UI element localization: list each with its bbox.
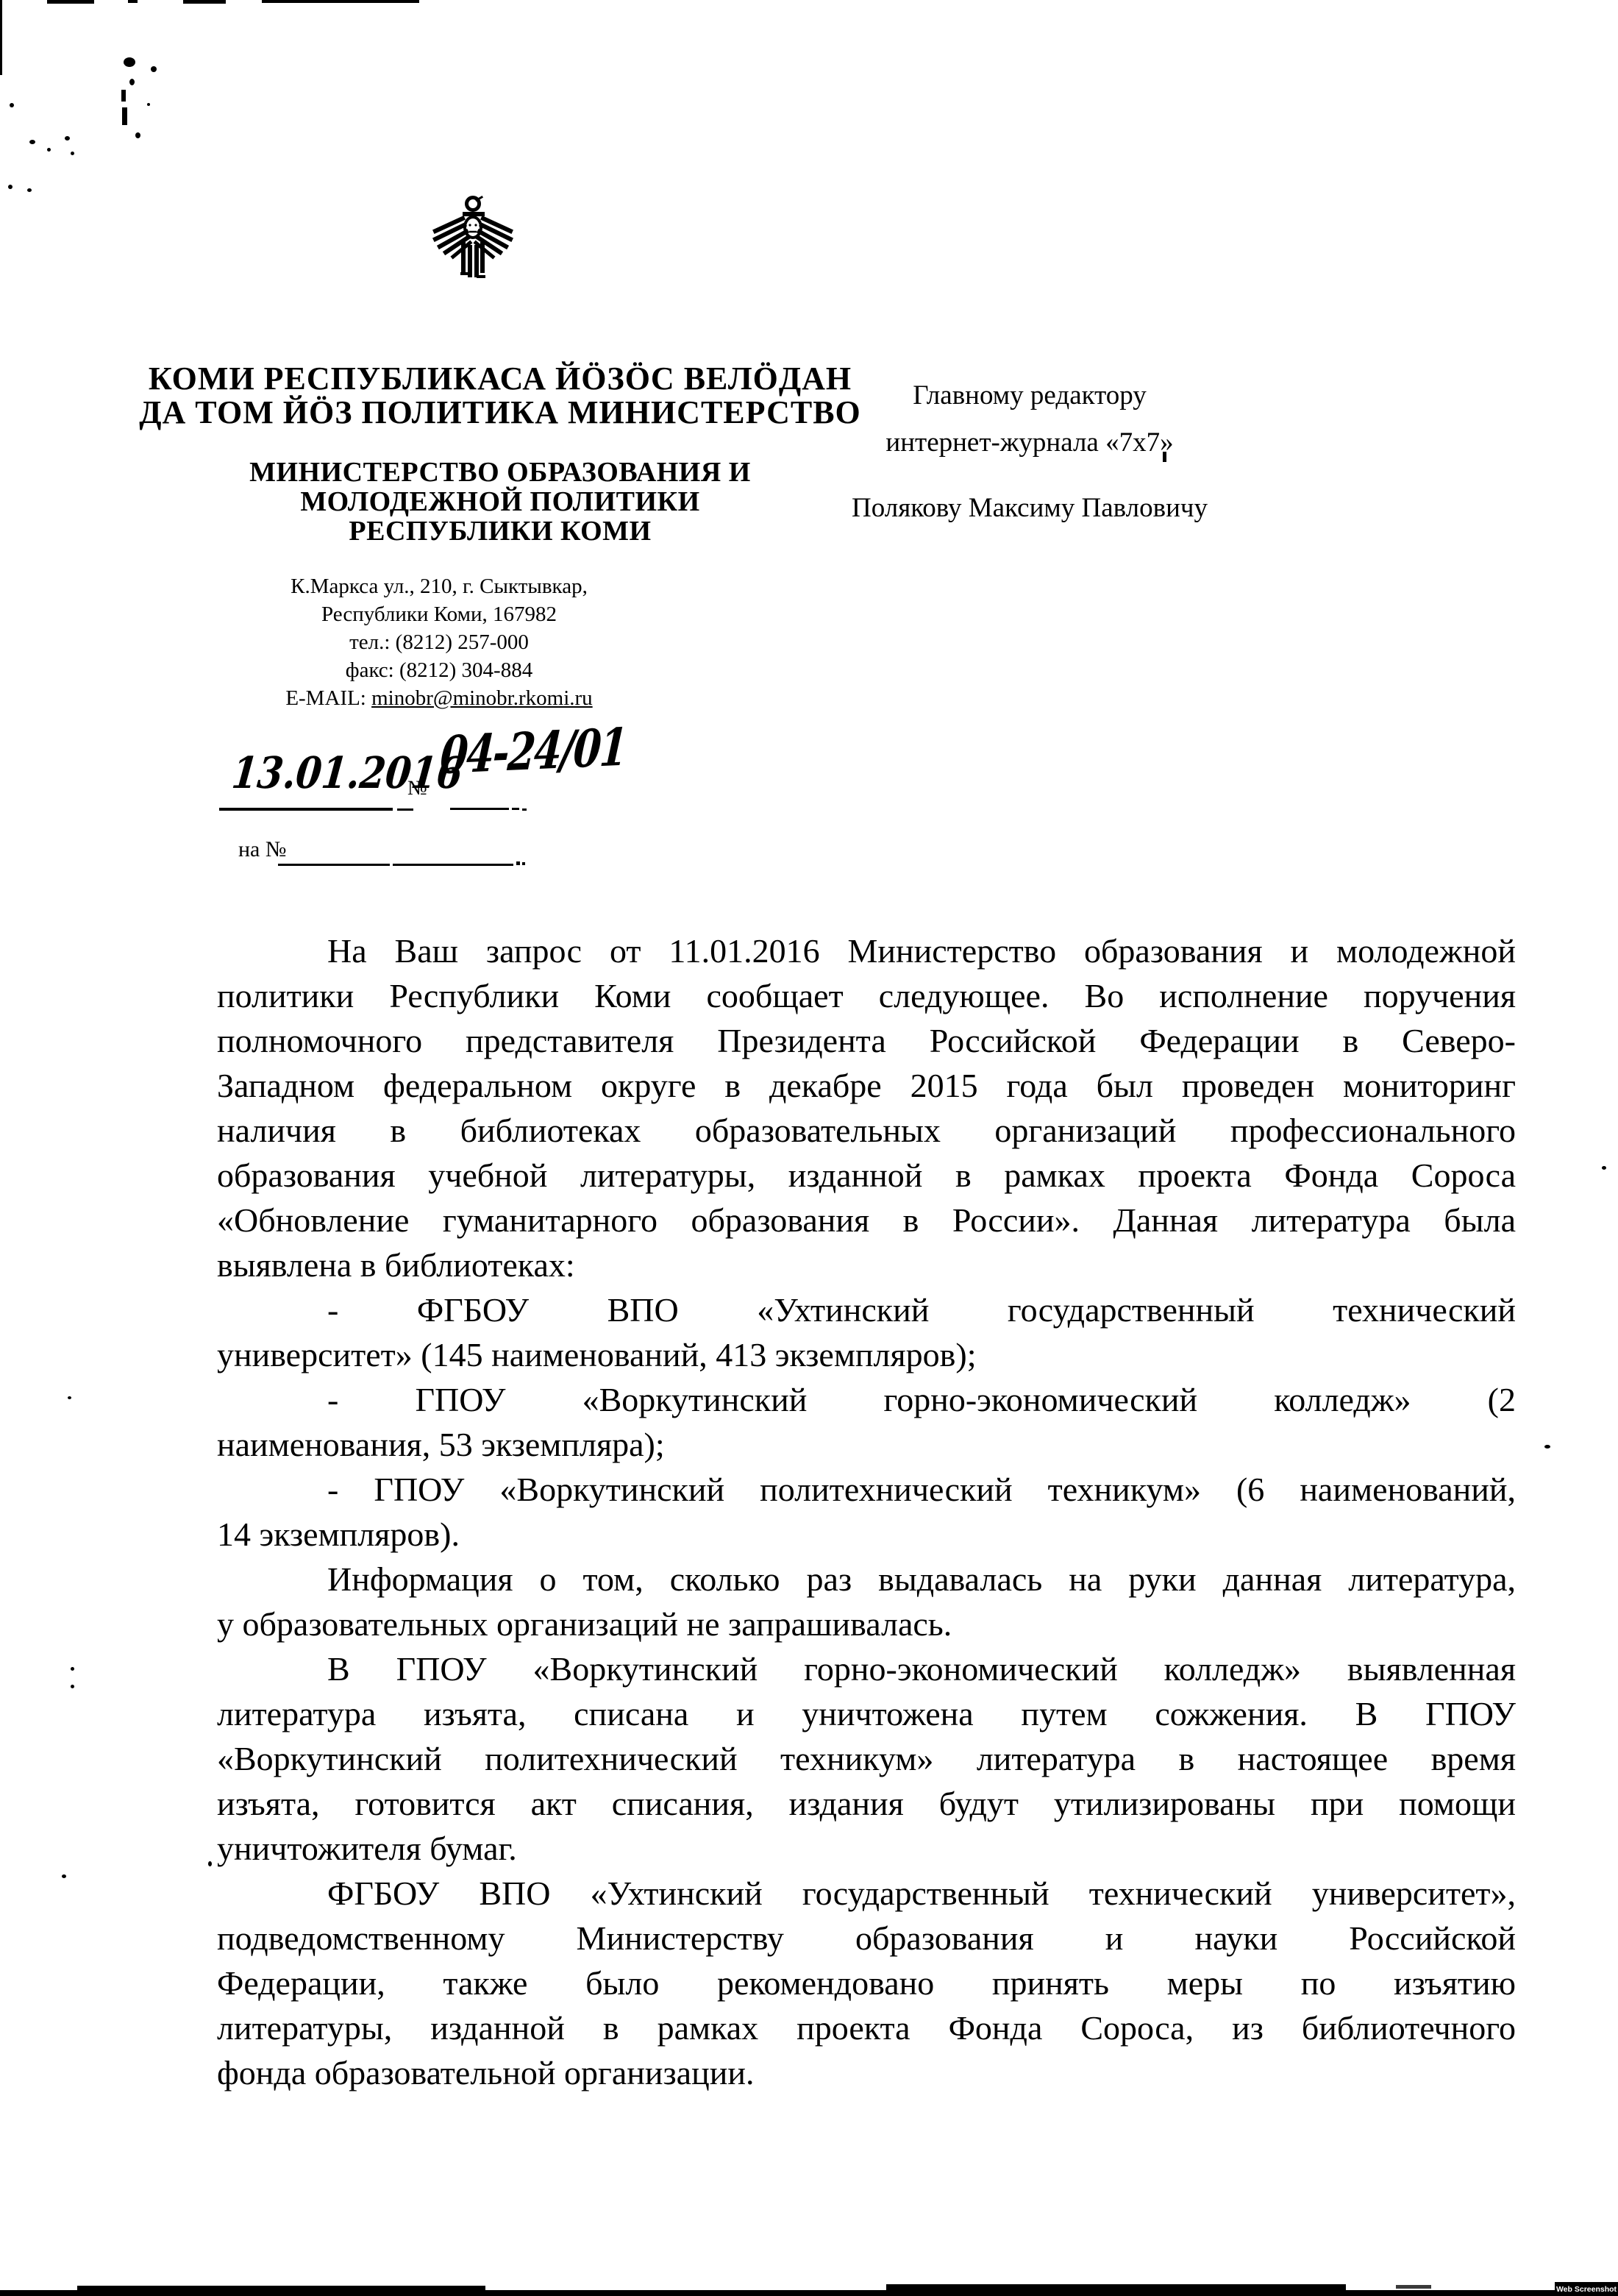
letterhead-address-line: тел.: (8212) 257-000 — [132, 628, 746, 656]
body-paragraph-3-line-1: - ГПОУ «Воркутинский горно-экономический… — [217, 1377, 1516, 1422]
date-underline — [219, 808, 393, 811]
scan-bar — [886, 2284, 1346, 2292]
body-paragraph-6-line-4: изъята, готовится акт списания, издания … — [217, 1781, 1516, 1826]
scan-artifact — [27, 188, 32, 192]
body-paragraph-2-line-1: - ФГБОУ ВПО «Ухтинский государственный т… — [217, 1287, 1516, 1332]
handwritten-outgoing-number: 04-24/01 — [438, 716, 628, 786]
scan-artifact — [71, 152, 74, 155]
letterhead-address-line: Республики Коми, 167982 — [132, 600, 746, 628]
scan-artifact — [71, 1667, 74, 1671]
scan-artifact — [65, 136, 70, 141]
scan-artifact — [1602, 1166, 1606, 1170]
letter-body: На Ваш запрос от 11.01.2016 Министерство… — [217, 928, 1516, 2095]
addressee-line: Главному редактору — [831, 372, 1228, 419]
number-sign-label: № — [407, 777, 427, 800]
scan-artifact — [522, 862, 525, 865]
email-label: E-MAIL: — [285, 686, 366, 710]
body-paragraph-7-line-3: Федерации, также было рекомендовано прин… — [217, 1961, 1516, 2005]
scan-artifact — [262, 0, 419, 3]
reply-number-underline — [278, 864, 390, 866]
scan-artifact — [124, 57, 135, 67]
body-paragraph-1-line-6: образования учебной литературы, изданной… — [217, 1153, 1516, 1198]
scan-bar — [1396, 2285, 1431, 2289]
scan-artifact — [512, 808, 519, 810]
letterhead-komi-line: ДА ТОМ ЙÖЗ ПОЛИТИКА МИНИСТЕРСТВО — [132, 396, 868, 430]
body-paragraph-5-line-2: у образовательных организаций не запраши… — [217, 1602, 1516, 1646]
body-paragraph-1-line-8: выявлена в библиотеках: — [217, 1243, 1516, 1287]
scan-artifact — [29, 140, 35, 144]
scan-artifact — [1544, 1445, 1550, 1449]
scan-artifact — [47, 148, 51, 152]
body-paragraph-6-line-5: уничтожителя бумаг. — [217, 1826, 1516, 1871]
scan-artifact — [71, 1685, 74, 1688]
scan-artifact — [0, 0, 2, 75]
scan-artifact — [47, 0, 94, 4]
scan-artifact — [128, 0, 138, 3]
letterhead-ministry-line: РЕСПУБЛИКИ КОМИ — [132, 516, 868, 546]
scan-artifact — [1163, 452, 1166, 462]
reply-number-label: на № — [238, 837, 287, 862]
reply-number-underline — [393, 864, 513, 866]
scan-artifact — [10, 103, 14, 107]
letterhead-address-line: факс: (8212) 304-884 — [132, 656, 746, 684]
addressee-lines: Главному редакторуинтернет-журнала «7х7» — [831, 372, 1228, 466]
letterhead-ministry-name: МИНИСТЕРСТВО ОБРАЗОВАНИЯ ИМОЛОДЕЖНОЙ ПОЛ… — [132, 458, 868, 546]
body-paragraph-7-line-2: подведомственному Министерству образован… — [217, 1916, 1516, 1961]
scan-artifact — [183, 0, 226, 4]
body-paragraph-4-line-1: - ГПОУ «Воркутинский политехнический тех… — [217, 1467, 1516, 1512]
letterhead-ministry-line: МОЛОДЕЖНОЙ ПОЛИТИКИ — [132, 487, 868, 516]
body-paragraph-1-line-4: Западном федеральном округе в декабре 20… — [217, 1063, 1516, 1108]
scan-artifact — [135, 132, 140, 138]
body-paragraph-1-line-7: «Обновление гуманитарного образования в … — [217, 1198, 1516, 1243]
body-paragraph-2-line-2: университет» (145 наименований, 413 экзе… — [217, 1332, 1516, 1377]
body-paragraph-1-line-1: На Ваш запрос от 11.01.2016 Министерство… — [217, 928, 1516, 973]
body-paragraph-7-line-5: фонда образовательной организации. — [217, 2050, 1516, 2095]
body-paragraph-6-line-2: литература изъята, списана и уничтожена … — [217, 1691, 1516, 1736]
scan-artifact — [129, 79, 135, 85]
scan-artifact — [122, 107, 127, 125]
body-paragraph-7-line-4: литературы, изданной в рамках проекта Фо… — [217, 2005, 1516, 2050]
komi-coat-of-arms-icon — [430, 194, 516, 284]
letterhead-address-line: К.Маркса ул., 210, г. Сыктывкар, — [132, 572, 746, 600]
addressee-line: интернет-журнала «7х7» — [831, 419, 1228, 466]
scan-artifact — [516, 861, 520, 865]
watermark-badge: Web Screenshot — [1555, 2282, 1618, 2296]
body-paragraph-6-line-1: В ГПОУ «Воркутинский горно-экономический… — [217, 1646, 1516, 1691]
scan-artifact — [121, 90, 126, 102]
scan-artifact — [8, 185, 13, 189]
scan-artifact — [208, 1861, 212, 1866]
body-paragraph-6-line-3: «Воркутинский политехнический техникум» … — [217, 1736, 1516, 1781]
scan-artifact — [68, 1396, 71, 1399]
body-paragraph-1-line-3: полномочного представителя Президента Ро… — [217, 1018, 1516, 1063]
letterhead-ministry-line: МИНИСТЕРСТВО ОБРАЗОВАНИЯ И — [132, 458, 868, 487]
letterhead-komi-line: КОМИ РЕСПУБЛИКАСА ЙÖЗÖС ВЕЛÖДАН — [132, 362, 868, 396]
body-paragraph-1-line-2: политики Республики Коми сообщает следую… — [217, 973, 1516, 1018]
handwritten-date: 13.01.2016 — [229, 747, 465, 798]
addressee-name: Полякову Максиму Павловичу — [831, 491, 1228, 525]
scan-artifact — [151, 66, 157, 72]
letterhead-address: К.Маркса ул., 210, г. Сыктывкар,Республи… — [132, 572, 746, 684]
body-paragraph-5-line-1: Информация о том, сколько раз выдавалась… — [217, 1557, 1516, 1602]
scan-artifact — [397, 808, 413, 811]
scan-bar — [77, 2286, 485, 2292]
email-address: minobr@minobr.rkomi.ru — [371, 686, 593, 710]
watermark-label: Web Screenshot — [1556, 2285, 1617, 2294]
body-paragraph-7-line-1: ФГБОУ ВПО «Ухтинский государственный тех… — [217, 1871, 1516, 1916]
letterhead-email-line: E-MAIL: minobr@minobr.rkomi.ru — [132, 684, 746, 712]
letterhead-komi-name: КОМИ РЕСПУБЛИКАСА ЙÖЗÖС ВЕЛÖДАНДА ТОМ ЙÖ… — [132, 362, 868, 430]
body-paragraph-4-line-2: 14 экземпляров). — [217, 1512, 1516, 1557]
body-paragraph-1-line-5: наличия в библиотеках образовательных ор… — [217, 1108, 1516, 1153]
scan-artifact — [522, 808, 527, 811]
body-paragraph-3-line-2: наименования, 53 экземпляра); — [217, 1422, 1516, 1467]
scan-artifact — [62, 1874, 66, 1878]
number-underline — [450, 808, 509, 810]
scan-artifact — [147, 103, 150, 106]
scanned-letter-page: КОМИ РЕСПУБЛИКАСА ЙÖЗÖС ВЕЛÖДАНДА ТОМ ЙÖ… — [0, 0, 1618, 2296]
